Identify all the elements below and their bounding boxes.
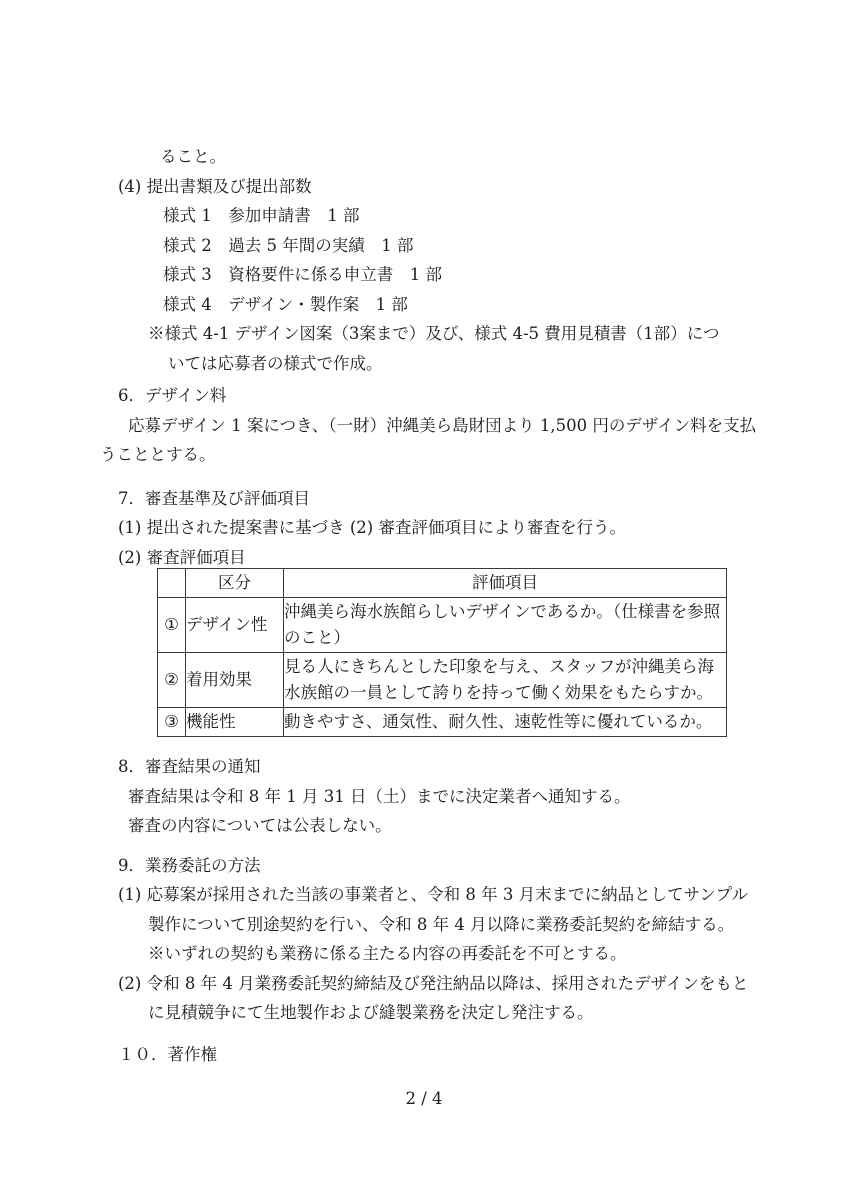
col-category-header: 区分 xyxy=(186,569,284,598)
document-page: ること。 (4) 提出書類及び提出部数 様式 1 参加申請書 1 部 様式 2 … xyxy=(0,0,848,1200)
section8-body-line-2: 審査の内容については公表しない。 xyxy=(0,811,848,841)
section9-item1-line-1: (1) 応募案が採用された当該の事業者と、令和 8 年 3 月末までに納品として… xyxy=(0,880,848,910)
row1-criteria: 沖縄美ら海水族館らしいデザインであるか。（仕様書を参照のこと） xyxy=(284,598,727,653)
section9-heading: 9．業務委託の方法 xyxy=(0,851,848,881)
evaluation-table: 区分 評価項目 ① デザイン性 沖縄美ら海水族館らしいデザインであるか。（仕様書… xyxy=(157,568,727,737)
item4-label: (4) 提出書類及び提出部数 xyxy=(0,172,848,202)
table-header-row: 区分 評価項目 xyxy=(158,569,727,598)
form-line-1: 様式 1 参加申請書 1 部 xyxy=(0,201,848,231)
col-no-header xyxy=(158,569,186,598)
section7-item-1: (1) 提出された提案書に基づき (2) 審査評価項目により審査を行う。 xyxy=(0,513,848,543)
section8-body-line-1: 審査結果は令和 8 年 1 月 31 日（土）までに決定業者へ通知する。 xyxy=(0,782,848,812)
form-note-line-1: ※様式 4-1 デザイン図案（3案まで）及び、様式 4-5 費用見積書（1部）に… xyxy=(0,319,848,349)
paragraph-continuation: ること。 xyxy=(0,142,848,172)
section6-heading: 6．デザイン料 xyxy=(0,381,848,411)
row3-no: ③ xyxy=(158,708,186,737)
section6-body-line-1: 応募デザイン 1 案につき、（一財）沖縄美ら島財団より 1,500 円のデザイン… xyxy=(0,411,848,441)
form-line-3: 様式 3 資格要件に係る申立書 1 部 xyxy=(0,260,848,290)
section10-heading: １０．著作権 xyxy=(0,1040,848,1070)
row1-no: ① xyxy=(158,598,186,653)
row1-category: デザイン性 xyxy=(186,598,284,653)
section9-item1-line-2: 製作について別途契約を行い、令和 8 年 4 月以降に業務委託契約を締結する。 xyxy=(0,910,848,940)
row3-category: 機能性 xyxy=(186,708,284,737)
table-row: ② 着用効果 見る人にきちんとした印象を与え、スタッフが沖縄美ら海水族館の一員と… xyxy=(158,653,727,708)
section9-item2-line-2: に見積競争にて生地製作および縫製業務を決定し発注する。 xyxy=(0,998,848,1028)
row2-no: ② xyxy=(158,653,186,708)
form-line-2: 様式 2 過去 5 年間の実績 1 部 xyxy=(0,231,848,261)
section6-body-line-2: うこととする。 xyxy=(0,440,848,470)
row2-criteria: 見る人にきちんとした印象を与え、スタッフが沖縄美ら海水族館の一員として誇りを持っ… xyxy=(284,653,727,708)
form-note-line-2: いては応募者の様式で作成。 xyxy=(0,349,848,379)
section9-item1-note: ※いずれの契約も業務に係る主たる内容の再委託を不可とする。 xyxy=(0,939,848,969)
section8-heading: 8．審査結果の通知 xyxy=(0,752,848,782)
section7-heading: 7．審査基準及び評価項目 xyxy=(0,484,848,514)
page-number: 2 / 4 xyxy=(0,1084,848,1114)
table-row: ① デザイン性 沖縄美ら海水族館らしいデザインであるか。（仕様書を参照のこと） xyxy=(158,598,727,653)
col-criteria-header: 評価項目 xyxy=(284,569,727,598)
row2-category: 着用効果 xyxy=(186,653,284,708)
table-row: ③ 機能性 動きやすさ、通気性、耐久性、速乾性等に優れているか。 xyxy=(158,708,727,737)
form-line-4: 様式 4 デザイン・製作案 1 部 xyxy=(0,290,848,320)
row3-criteria: 動きやすさ、通気性、耐久性、速乾性等に優れているか。 xyxy=(284,708,727,737)
section9-item2-line-1: (2) 令和 8 年 4 月業務委託契約締結及び発注納品以降は、採用されたデザイ… xyxy=(0,969,848,999)
